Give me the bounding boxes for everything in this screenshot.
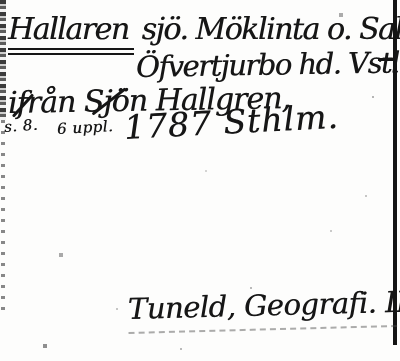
scan-edge-artifact-left-bottom [1, 120, 5, 310]
source-citation: Tuneld, Geografi. III. [127, 284, 400, 334]
page-reference: s. 8. [3, 116, 38, 136]
edition-note: 6 uppl. [57, 117, 114, 138]
headword-hallaren: Hallaren [8, 12, 134, 55]
entry-line-2: Öfvertjurbo hd. Vstl. [136, 45, 400, 84]
scanned-index-card: Hallaren sjö. Möklinta o. Sala snr Öfver… [0, 0, 400, 361]
scan-specks [0, 0, 2, 2]
entry-line-1-rest: sjö. Möklinta o. Sala snr [142, 12, 400, 47]
scan-edge-artifact-left-top [0, 0, 6, 120]
